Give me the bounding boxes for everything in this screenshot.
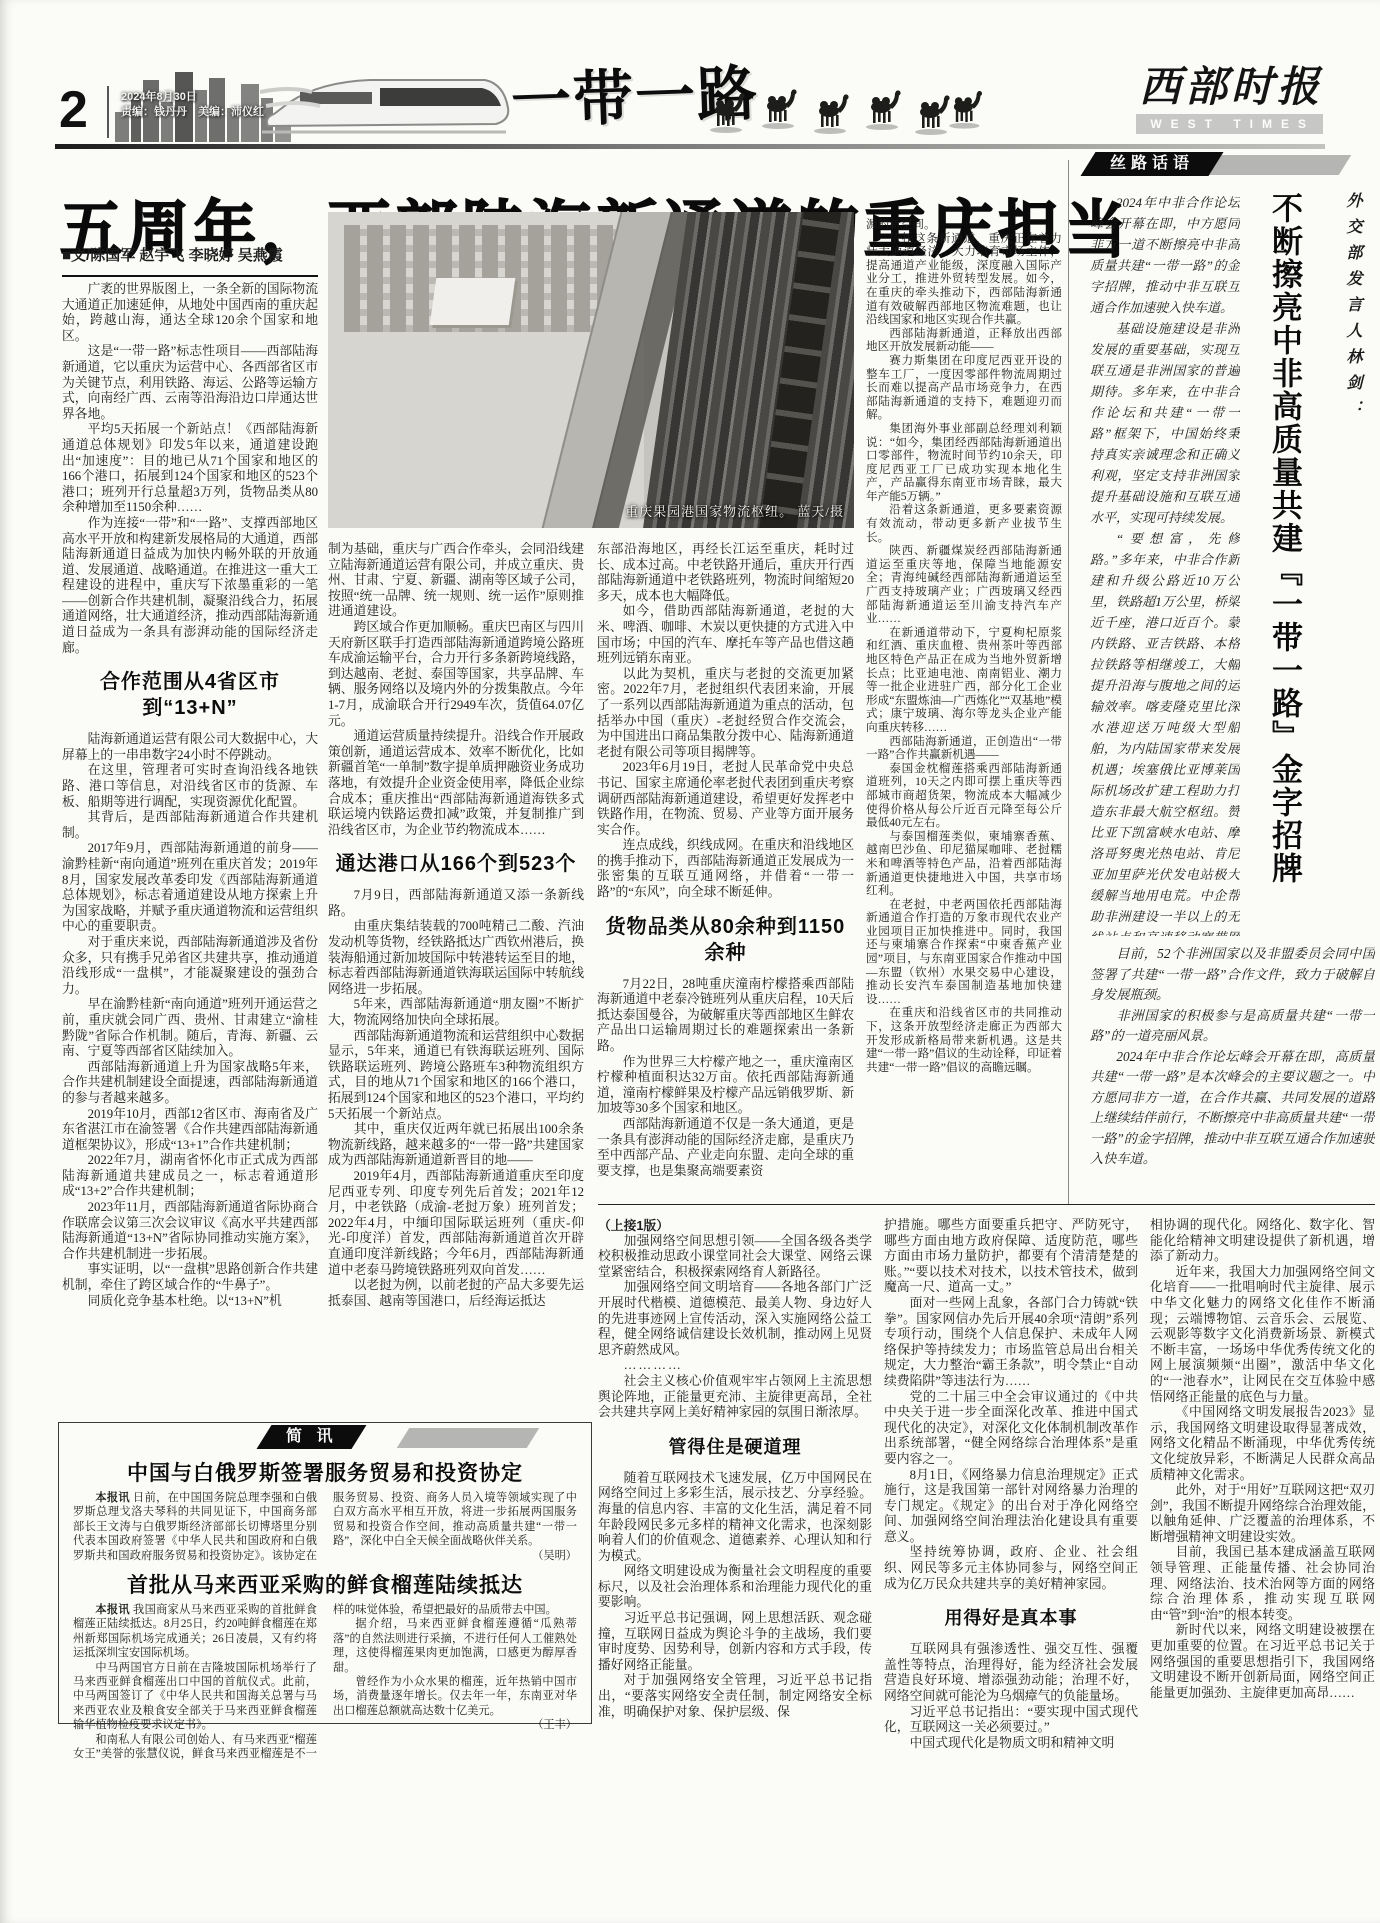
signature: （王丰） — [333, 1718, 577, 1732]
paragraph: 2019年4月，西部陆海新通道重庆至印度尼西亚专列、印度专列先后首发；2021年… — [328, 1169, 584, 1278]
paragraph: 源的新空间。 — [866, 218, 1062, 232]
column-subhead: 货物品类从80余种到1150余种 — [597, 914, 854, 966]
paragraph: 随着互联网技术飞速发展，亿万中国网民在网络空间过上多彩生活，展示技艺、分享经验。… — [598, 1471, 872, 1565]
paragraph: 在这里，管理者可实时查询沿线各地铁路、港口等信息，对沿线省区市的货源、车板、船期… — [62, 763, 318, 810]
column-subhead: 用得好是真本事 — [884, 1605, 1138, 1631]
paragraph: 平均5天拓展一个新站点！《西部陆海新通道总体规划》印发5年以来，通道建设跑出“加… — [62, 422, 318, 516]
paragraph: 西部陆海新通道上升为国家战略5年来，合作共建机制建设全面提速，西部陆海新通道的参… — [62, 1060, 318, 1107]
paragraph: 陆海新通道运营有限公司大数据中心，大屏幕上的一串串数字24小时不停跳动。 — [62, 732, 318, 763]
masthead: 西部时报 WEST TIMES — [1136, 64, 1323, 134]
paragraph: 这是“一带一路”标志性项目——西部陆海新通道，它以重庆为运营中心、各西部省区市为… — [62, 344, 318, 422]
paragraph: 目前，52个非洲国家以及非盟委员会同中国签署了共建“一带一路”合作文件，致力于破… — [1090, 944, 1375, 1006]
paragraph: 坚持统筹协调，政府、企业、社会组织、网民等多元主体协同参与，网络空间正成为亿万民… — [884, 1545, 1138, 1592]
paragraph: 以此为契机，重庆与老挝的交流更加紧密。2022年7月，老挝组织代表团来渝，开展了… — [597, 667, 854, 761]
paragraph: 西部陆海新通道物流和运营组织中心数据显示，5年来，通道已有铁海联运班列、国际铁路… — [328, 1029, 584, 1123]
paragraph: 5年来，西部陆海新通道“朋友圈”不断扩大，物流网络加快向全球拓展。 — [328, 997, 584, 1028]
issue-date: 2024年8月30日 — [121, 90, 264, 105]
byline: ■文/陈国军 赵宇飞 李晓婷 吴燕霞 — [62, 246, 318, 277]
paragraph: 党的二十届三中全会审议通过的《中共中央关于进一步全面深化改革、推进中国式现代化的… — [884, 1390, 1138, 1468]
sidebar-wide-column: 目前，52个非洲国家以及非盟委员会同中国签署了共建“一带一路”合作文件，致力于破… — [1090, 944, 1375, 1212]
column-subhead: 合作范围从4省区市到“13+N” — [62, 669, 318, 721]
paragraph: 由重庆集结装载的700吨精己二酸、汽油发动机等货物，经铁路抵达广西钦州港后，换装… — [328, 919, 584, 997]
paragraph: 此外，对于“用好”互联网这把“双刃剑”，我国不断提升网络综合治理效能，以触角延伸… — [1150, 1483, 1375, 1545]
paragraph: 2023年11月，西部陆海新通道省际协商合作联席会议第三次会议审议《高水平共建西… — [62, 1200, 318, 1262]
editors-line: 责编：钱丹丹 美编：沛仪红 — [121, 105, 264, 120]
paragraph: 8月1日，《网络暴力信息治理规定》正式施行，这是我国第一部针对网络暴力治理的专门… — [884, 1468, 1138, 1546]
sidebar-banner: 丝路话语 — [1078, 152, 1375, 178]
divider — [107, 86, 109, 138]
paragraph: 其中，重庆仅近两年就已拓展出100余条物流新线路，越来越多的“一带一路”共建国家… — [328, 1122, 584, 1169]
paragraph: 对于重庆来说，西部陆海新通道涉及省份众多，只有携手兄弟省区共建共享，推动通道沿线… — [62, 935, 318, 997]
sidebar-banner-label: 丝路话语 — [1110, 154, 1194, 174]
sidebar-kicker: 外交部发言人林剑： — [1324, 192, 1364, 792]
paragraph: 东部沿海地区，再经长江运至重庆，耗时过长、成本过高。中老铁路开通后，重庆开行西部… — [597, 542, 854, 604]
paragraph: 非洲国家的积极参与是高质量共建“一带一路”的一道亮丽风景。 — [1090, 1006, 1375, 1047]
paragraph: 习近平总书记强调，网上思想活跃、观念碰撞，互联网日益成为舆论斗争的主战场，我们要… — [598, 1611, 872, 1673]
header-rule — [55, 144, 1325, 149]
paragraph: 通道运营质量持续提升。沿线合作开展政策创新，通道运营成本、效率不断优化，比如新疆… — [328, 729, 584, 838]
paragraph: 早在渝黔桂新“南向通道”班列开通运营之前，重庆就会同广西、贵州、甘肃建立“渝桂黔… — [62, 997, 318, 1059]
paragraph: ………… — [598, 1358, 872, 1374]
paragraph: 跨区域合作更加顺畅。重庆巴南区与四川天府新区联手打造西部陆海新通道跨境公路班车成… — [328, 620, 584, 729]
newspaper-page: 2 2024年8月30日 责编：钱丹丹 美编：沛仪红 一带一路 — [0, 0, 1380, 1923]
paragraph: 新时代以来，网络文明建设被摆在更加重要的位置。在习近平总书记关于网络强国的重要思… — [1150, 1623, 1375, 1701]
paragraph: 中马两国官方日前在吉隆坡国际机场举行了马来西亚鲜食榴莲出口中国的首航仪式。此前，… — [73, 1661, 317, 1733]
paragraph: 2024年中非合作论坛峰会开幕在即，中方愿同非方一道不断擦亮中非高质量共建“一带… — [1090, 192, 1240, 318]
paragraph: 同质化竞争基本杜绝。以“13+N”机 — [62, 1294, 318, 1310]
article-column-2: 制为基础，重庆与广西合作牵头，会同沿线建立陆海新通道运营有限公司，并成立重庆、贵… — [328, 542, 584, 1402]
paragraph: 陕西、新疆煤炭经西部陆海新通道运至重庆等地，保障当地能源安全；青海纯碱经西部陆海… — [866, 544, 1062, 626]
page-number: 2 — [59, 80, 88, 140]
paragraph: 近年来，我国大力加强网络空间文化培育——一批唱响时代主旋律、展示中华文化魅力的网… — [1150, 1265, 1375, 1405]
paragraph: 在新通道带动下，宁夏枸杞原浆和红酒、重庆血橙、贵州茶叶等西部地区特色产品正在成为… — [866, 626, 1062, 735]
banner-tail — [1208, 155, 1350, 175]
column-subhead: 管得住是硬道理 — [598, 1434, 872, 1460]
paragraph: 《中国网络文明发展报告2023》显示，我国网络文明建设取得显著成效，网络文化精品… — [1150, 1405, 1375, 1483]
sidebar-narrow-column: 2024年中非合作论坛峰会开幕在即，中方愿同非方一道不断擦亮中非高质量共建“一带… — [1090, 192, 1240, 936]
paragraph: 社会主义核心价值观牢牢占领网上主流思想舆论阵地，正能量更充沛、主旋律更高昂，全社… — [598, 1374, 872, 1421]
paragraph: 西部陆海新通道，正创造出“一带一路”合作共赢新机遇—— — [866, 735, 1062, 762]
article-column-1: 广袤的世界版图上，一条全新的国际物流大通道正加速延伸，从地处中国西南的重庆起始，… — [62, 282, 318, 1400]
briefs-box: 简 讯 中国与白俄罗斯签署服务贸易和投资协定 本报讯 日前，在中国国务院总理李强… — [58, 1422, 592, 1724]
photo-caption-text: 重庆果园港国家物流枢纽。 — [625, 504, 793, 519]
paragraph: 在重庆和沿线省区市的共同推动下，这条开放型经济走廊正为西部大开发形成新格局带来新… — [866, 1006, 1062, 1074]
news-photo: 重庆果园港国家物流枢纽。 蓝天/摄 — [328, 212, 854, 528]
paragraph: 加强网络空间思想引领——全国各级各类学校积极推动思政小课堂同社会大课堂、网络云课… — [598, 1234, 872, 1281]
paragraph: 本报讯 我国商家从马来西亚采购的首批鲜食榴莲正陆续抵达。8月25日，约20吨鲜食… — [73, 1603, 317, 1661]
paragraph: 在老挝，中老两国依托西部陆海新通道合作打造的万象市现代农业产业园项目正加快推进中… — [866, 898, 1062, 1007]
paragraph: 据介绍，马来西亚鲜食榴莲遵循“瓜熟蒂落”的自然法则进行采摘，不进行任何人工催熟处… — [333, 1617, 577, 1675]
paragraph: 事实证明，以“一盘棋”思路创新合作共建机制，牵住了跨区域合作的“牛鼻子”。 — [62, 1262, 318, 1293]
sidebar-vertical-headline: 不断擦亮中非高质量共建『一带一路』金字招牌 — [1248, 192, 1320, 940]
paragraph: “要想富，先修路。”多年来，中非合作新建和升级公路近10万公里，铁路超1万公里，… — [1090, 528, 1240, 936]
column-subhead: 通达港口从166个到523个 — [328, 851, 584, 877]
paragraph: 中国式现代化是物质文明和精神文明 — [884, 1736, 1138, 1752]
paragraph: 其背后，是西部陆海新通道合作共建机制。 — [62, 810, 318, 841]
photo-caption: 重庆果园港国家物流枢纽。 蓝天/摄 — [625, 501, 844, 520]
column-divider — [1068, 160, 1069, 1204]
sidebar-silk-road-voices: 丝路话语 2024年中非合作论坛峰会开幕在即，中方愿同非方一道不断擦亮中非高质量… — [1078, 152, 1375, 1202]
camel-caravan-art — [705, 84, 1005, 138]
paragraph: 基础设施建设是非洲发展的重要基础，实现互联互通是非洲国家的普遍期待。多年来，在中… — [1090, 318, 1240, 528]
continuation-column-1: （上接1版）加强网络空间思想引领——全国各级各类学校积极推动思政小课堂同社会大课… — [598, 1218, 872, 1906]
paragraph: 连点成线，织线成网。在重庆和沿线地区的携手推动下，西部陆海新通道正发展成为一张密… — [597, 838, 854, 900]
paragraph: 7月22日，28吨重庆潼南柠檬搭乘西部陆海新通道中老泰冷链班列从重庆启程，10天… — [597, 977, 854, 1055]
paragraph: 制为基础，重庆与广西合作牵头，会同沿线建立陆海新通道运营有限公司，并成立重庆、贵… — [328, 542, 584, 620]
paragraph: 西部陆海新通道，正释放出西部地区开放发展新动能—— — [866, 327, 1062, 354]
paragraph: 赛力斯集团在印度尼西亚开设的整车工厂，一度因零部件物流周期过长而难以提高产品市场… — [866, 354, 1062, 422]
paragraph: 集团海外事业部副总经理刘利颖说：“如今，集团经西部陆海新通道出口零部件，物流时间… — [866, 422, 1062, 504]
paragraph: 2017年9月，西部陆海新通道的前身——渝黔桂新“南向通道”班列在重庆首发；20… — [62, 841, 318, 935]
paragraph: （上接1版） — [598, 1218, 872, 1234]
brief-body-durian: 本报讯 我国商家从马来西亚采购的首批鲜食榴莲正陆续抵达。8月25日，约20吨鲜食… — [73, 1603, 577, 1761]
paragraph: 对于加强网络安全管理，习近平总书记指出，“要落实网络安全责任制，制定网络安全标准… — [598, 1673, 872, 1720]
paragraph: 以老挝为例，以前老挝的产品大多要先运抵泰国、越南等国港口，后经海运抵达 — [328, 1278, 584, 1309]
paragraph: 加强网络空间文明培育——各地各部门广泛开展时代楷模、道德模范、最美人物、身边好人… — [598, 1280, 872, 1358]
paragraph: 西部陆海新通道不仅是一条大通道，更是一条具有澎湃动能的国际经济走廊，是重庆乃至中… — [597, 1117, 854, 1179]
article-column-4: 源的新空间。依托这条新通道，重庆正在着力壮大通道经济，大力培育市场主体，提高通道… — [866, 218, 1062, 1194]
brief-headline-durian: 首批从马来西亚采购的鲜食榴莲陆续抵达 — [73, 1573, 577, 1599]
page-header: 2 2024年8月30日 责编：钱丹丹 美编：沛仪红 一带一路 — [55, 56, 1325, 142]
paragraph: 沿着这条新通道，更多要素资源有效流动，带动更多新产业拔节生长。 — [866, 503, 1062, 544]
paragraph: 网络文明建设成为衡量社会文明程度的重要标尺，以及社会治理体系和治理能力现代化的重… — [598, 1564, 872, 1611]
brief-body-belarus: 本报讯 日前，在中国国务院总理李强和白俄罗斯总理戈洛夫琴科的共同见证下，中国商务… — [73, 1491, 577, 1563]
date-editors-block: 2024年8月30日 责编：钱丹丹 美编：沛仪红 — [121, 90, 264, 120]
continuation-column-2: 护措施。哪些方面要重兵把守、严防死守，哪些方面由地方政府保障、适度防范，哪些方面… — [884, 1218, 1138, 1906]
paragraph: 作为世界三大柠檬产地之一，重庆潼南区柠檬种植面积达32万亩。依托西部陆海新通道，… — [597, 1055, 854, 1117]
photo-warehouse — [430, 278, 516, 325]
banner-tail — [397, 1428, 539, 1448]
masthead-title: 西部时报 — [1136, 64, 1323, 112]
paragraph: 互联网具有强渗透性、强交互性、强覆盖性等特点，治理得好，能为经济社会发展营造良好… — [884, 1642, 1138, 1704]
paragraph: 2022年7月，湖南省怀化市正式成为西部陆海新通道共建成员之一，标志着通道形成“… — [62, 1153, 318, 1200]
paragraph: 面对一些网上乱象，各部门合力铸就“铁拳”。国家网信办先后开展40余项“清朗”系列… — [884, 1296, 1138, 1390]
article-column-3: 东部沿海地区，再经长江运至重庆，耗时过长、成本过高。中老铁路开通后，重庆开行西部… — [597, 542, 854, 1192]
paragraph: 目前，我国已基本建成涵盖互联网领导管理、正能量传播、社会协同治理、网络法治、技术… — [1150, 1545, 1375, 1623]
briefs-banner-label: 简 讯 — [286, 1427, 337, 1447]
continuation-column-3: 相协调的现代化。网络化、数字化、智能化给精神文明建设提供了新机遇，增添了新动力。… — [1150, 1218, 1375, 1906]
section-divider — [598, 1204, 1375, 1205]
paragraph: 与泰国榴莲类似，柬埔寨香蕉、越南巴沙鱼、印尼猫屎咖啡、老挝糯米和啤酒等特色产品，… — [866, 830, 1062, 898]
paragraph: 2024年中非合作论坛峰会开幕在即，高质量共建“一带一路”是本次峰会的主要议题之… — [1090, 1047, 1375, 1170]
paragraph: 7月9日，西部陆海新通道又添一条新线路。 — [328, 888, 584, 919]
paragraph: 曾经作为小众水果的榴莲，近年热销中国市场，消费量逐年增长。仅去年一年，东南亚对华… — [333, 1675, 577, 1718]
paragraph: 作为连接“一带”和“一路”、支撑西部地区高水平开放和构建新发展格局的大通道，西部… — [62, 516, 318, 656]
paragraph: 2019年10月，西部12省区市、海南省及广东省湛江市在渝签署《合作共建西部陆海… — [62, 1107, 318, 1154]
photo-credit: 蓝天/摄 — [797, 504, 844, 519]
paragraph: 泰国金枕榴莲搭乘西部陆海新通道班列，10天之内即可摆上重庆等西部城市商超货架，物… — [866, 762, 1062, 830]
train-art — [260, 62, 510, 140]
paragraph: 护措施。哪些方面要重兵把守、严防死守，哪些方面由地方政府保障、适度防范，哪些方面… — [884, 1218, 1138, 1296]
paragraph: 2023年6月19日，老挝人民革命党中央总书记、国家主席通伦率老挝代表团到重庆考… — [597, 760, 854, 838]
masthead-english: WEST TIMES — [1136, 114, 1323, 134]
paragraph: 如今，借助西部陆海新通道，老挝的大米、啤酒、咖啡、木炭以更快捷的方式进入中国市场… — [597, 604, 854, 666]
paragraph: 相协调的现代化。网络化、数字化、智能化给精神文明建设提供了新机遇，增添了新动力。 — [1150, 1218, 1375, 1265]
paragraph: 依托这条新通道，重庆正在着力壮大通道经济，大力培育市场主体，提高通道产业能级，深… — [866, 232, 1062, 327]
briefs-banner: 简 讯 — [254, 1425, 577, 1451]
paragraph: 广袤的世界版图上，一条全新的国际物流大通道正加速延伸，从地处中国西南的重庆起始，… — [62, 282, 318, 344]
brief-headline-belarus: 中国与白俄罗斯签署服务贸易和投资协定 — [73, 1461, 577, 1487]
paragraph: 习近平总书记指出：“要实现中国式现代化，互联网这一关必须要过。” — [884, 1705, 1138, 1736]
signature: （吴明） — [333, 1549, 577, 1563]
